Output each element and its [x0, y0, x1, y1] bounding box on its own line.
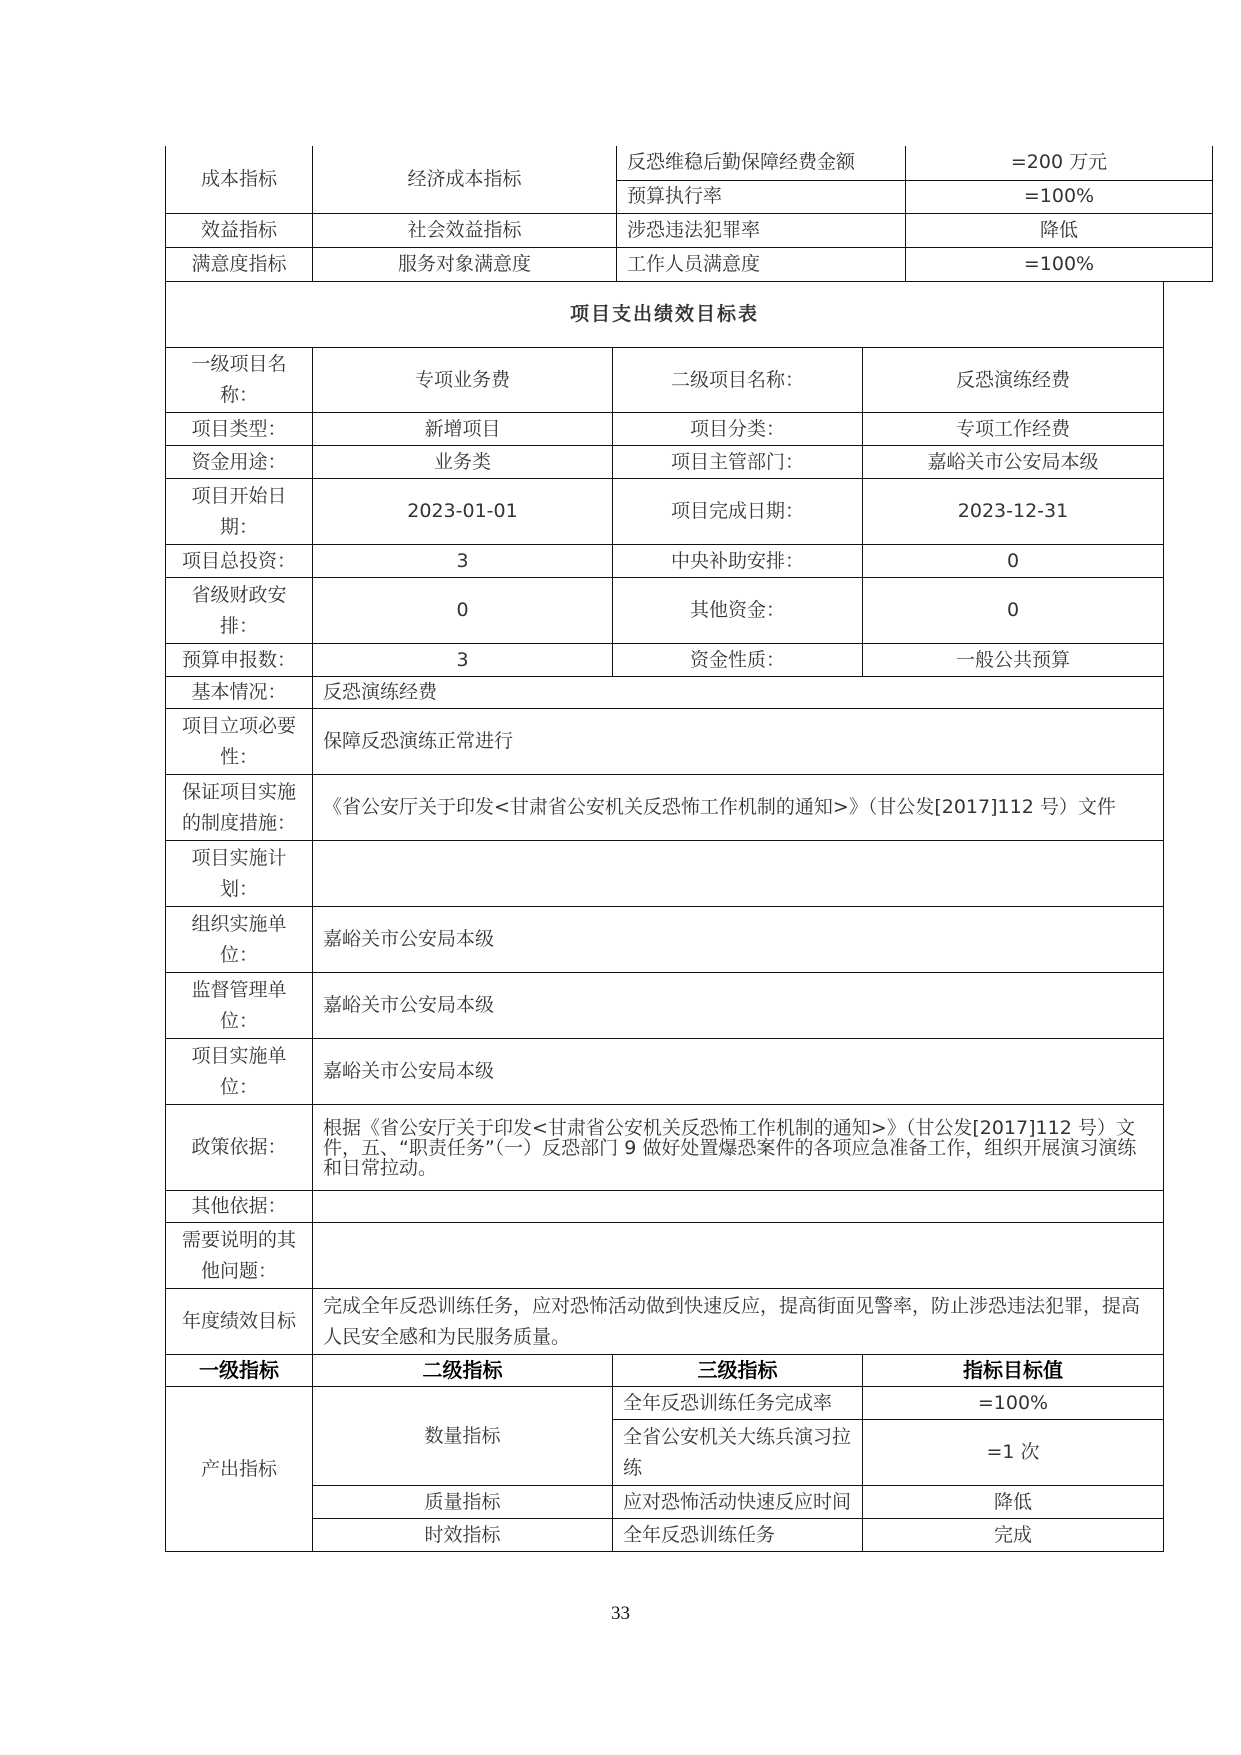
value-project-category: 专项工作经费 — [863, 413, 1164, 446]
target-cell: 完成 — [863, 1519, 1164, 1552]
level3-cell: 应对恐怖活动快速反应时间 — [613, 1486, 863, 1519]
value-budget-declared: 3 — [313, 644, 613, 677]
level1-output-indicator: 产出指标 — [166, 1387, 313, 1552]
target-cell: =100% — [863, 1387, 1164, 1420]
level2-cell: 服务对象满意度 — [313, 247, 617, 281]
value-level2-project-name: 反恐演练经费 — [863, 348, 1164, 413]
level2-economic-cost: 经济成本指标 — [313, 146, 617, 213]
label-other-funds: 其他资金： — [613, 578, 863, 644]
label-fund-usage: 资金用途： — [166, 446, 313, 479]
value-fund-nature: 一般公共预算 — [863, 644, 1164, 677]
level2-timeliness-indicator: 时效指标 — [313, 1519, 613, 1552]
label-implementing-unit: 项目实施单位： — [166, 1039, 313, 1105]
header-level2-indicator: 二级指标 — [313, 1355, 613, 1387]
label-end-date: 项目完成日期： — [613, 479, 863, 545]
header-level1-indicator: 一级指标 — [166, 1355, 313, 1387]
target-cell: =100% — [906, 180, 1213, 213]
value-supervising-unit: 嘉峪关市公安局本级 — [313, 973, 1164, 1039]
level3-cell: 反恐维稳后勤保障经费金额 — [617, 146, 906, 180]
value-implementing-unit: 嘉峪关市公安局本级 — [313, 1039, 1164, 1105]
label-central-subsidy: 中央补助安排： — [613, 545, 863, 578]
performance-target-table: 项目支出绩效目标表 一级项目名称： 专项业务费 二级项目名称： 反恐演练经费 项… — [165, 281, 1164, 1552]
value-basic-info: 反恐演练经费 — [313, 677, 1164, 709]
value-other-basis — [313, 1191, 1164, 1223]
target-cell: 降低 — [863, 1486, 1164, 1519]
label-other-issues: 需要说明的其他问题： — [166, 1223, 313, 1289]
value-organizing-unit: 嘉峪关市公安局本级 — [313, 907, 1164, 973]
level2-cell: 社会效益指标 — [313, 213, 617, 247]
value-provincial-funding: 0 — [313, 578, 613, 644]
value-end-date: 2023-12-31 — [863, 479, 1164, 545]
value-supervising-dept: 嘉峪关市公安局本级 — [863, 446, 1164, 479]
label-project-category: 项目分类： — [613, 413, 863, 446]
label-project-type: 项目类型： — [166, 413, 313, 446]
page-title: 项目支出绩效目标表 — [166, 282, 1164, 348]
value-institutional-measures: 《省公安厅关于印发<甘肃省公安机关反恐怖工作机制的通知>》（甘公发[2017]1… — [313, 775, 1164, 841]
target-cell: =1 次 — [863, 1420, 1164, 1486]
value-start-date: 2023-01-01 — [313, 479, 613, 545]
value-total-investment: 3 — [313, 545, 613, 578]
value-project-type: 新增项目 — [313, 413, 613, 446]
value-other-funds: 0 — [863, 578, 1164, 644]
label-necessity: 项目立项必要性： — [166, 709, 313, 775]
value-fund-usage: 业务类 — [313, 446, 613, 479]
label-total-investment: 项目总投资： — [166, 545, 313, 578]
level3-cell: 全年反恐训练任务 — [613, 1519, 863, 1552]
label-start-date: 项目开始日期： — [166, 479, 313, 545]
label-annual-goal: 年度绩效目标 — [166, 1289, 313, 1355]
header-level3-indicator: 三级指标 — [613, 1355, 863, 1387]
level3-cell: 涉恐违法犯罪率 — [617, 213, 906, 247]
level1-cost: 成本指标 — [166, 146, 313, 213]
header-target-value: 指标目标值 — [863, 1355, 1164, 1387]
label-policy-basis: 政策依据： — [166, 1105, 313, 1191]
value-necessity: 保障反恐演练正常进行 — [313, 709, 1164, 775]
label-level2-project-name: 二级项目名称： — [613, 348, 863, 413]
level3-cell: 全年反恐训练任务完成率 — [613, 1387, 863, 1420]
value-implementation-plan — [313, 841, 1164, 907]
label-provincial-funding: 省级财政安排： — [166, 578, 313, 644]
level3-cell: 预算执行率 — [617, 180, 906, 213]
value-policy-basis: 根据《省公安厅关于印发<甘肃省公安机关反恐怖工作机制的通知>》（甘公发[2017… — [313, 1105, 1164, 1191]
label-level1-project-name: 一级项目名称： — [166, 348, 313, 413]
level1-benefit: 效益指标 — [166, 213, 313, 247]
level2-quantity-indicator: 数量指标 — [313, 1387, 613, 1486]
continuation-indicator-table: 成本指标 经济成本指标 反恐维稳后勤保障经费金额 =200 万元 预算执行率 =… — [165, 146, 1213, 282]
label-other-basis: 其他依据： — [166, 1191, 313, 1223]
label-institutional-measures: 保证项目实施的制度措施： — [166, 775, 313, 841]
level2-quality-indicator: 质量指标 — [313, 1486, 613, 1519]
value-annual-goal: 完成全年反恐训练任务，应对恐怖活动做到快速反应，提高街面见警率，防止涉恐违法犯罪… — [313, 1289, 1164, 1355]
label-budget-declared: 预算申报数： — [166, 644, 313, 677]
label-basic-info: 基本情况： — [166, 677, 313, 709]
label-supervising-unit: 监督管理单位： — [166, 973, 313, 1039]
target-cell: 降低 — [906, 213, 1213, 247]
target-cell: =100% — [906, 247, 1213, 281]
label-implementation-plan: 项目实施计划： — [166, 841, 313, 907]
target-cell: =200 万元 — [906, 146, 1213, 180]
level3-cell: 全省公安机关大练兵演习拉练 — [613, 1420, 863, 1486]
label-organizing-unit: 组织实施单位： — [166, 907, 313, 973]
value-level1-project-name: 专项业务费 — [313, 348, 613, 413]
label-supervising-dept: 项目主管部门： — [613, 446, 863, 479]
value-other-issues — [313, 1223, 1164, 1289]
page-number: 33 — [0, 1603, 1241, 1625]
label-fund-nature: 资金性质： — [613, 644, 863, 677]
level3-cell: 工作人员满意度 — [617, 247, 906, 281]
value-central-subsidy: 0 — [863, 545, 1164, 578]
level1-satisfaction: 满意度指标 — [166, 247, 313, 281]
